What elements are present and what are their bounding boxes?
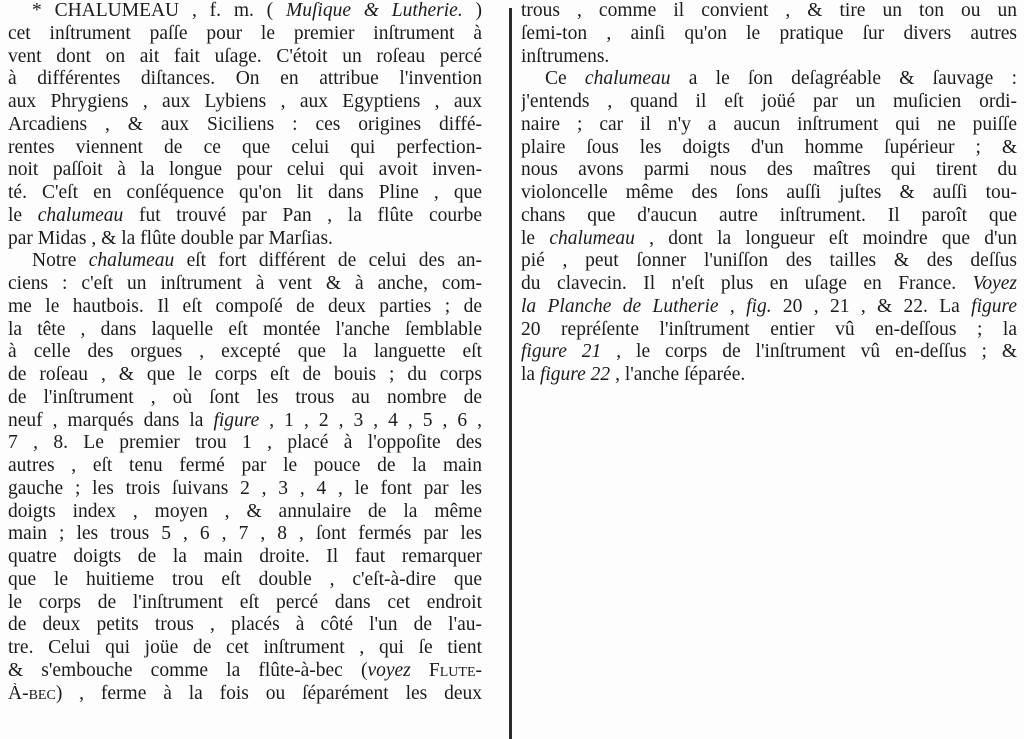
text-line: du clavecin. Il n'eſt plus en uſage en F… (521, 273, 1017, 296)
text-line: noit paſſoit à la longue pour celui qui … (8, 159, 482, 182)
text-line: que le huitieme trou eſt double , c'eſt-… (8, 569, 482, 592)
text-line: le chalumeau , dont la longueur eſt moin… (521, 228, 1017, 251)
paragraph-start-line: Ce chalumeau a le ſon deſagréable & ſauv… (521, 68, 1017, 91)
text-line: par Midas , & la flûte double par Marſia… (8, 228, 482, 251)
cross-reference: Voyez (973, 273, 1017, 294)
grammar-label: , f. m. ( Muſique & Lutherie. ) (179, 0, 482, 21)
text-line: à différentes diſtances. On en attribue … (8, 68, 482, 91)
text-line: chans que d'aucun autre inſtrument. Il p… (521, 205, 1017, 228)
text-line: neuf , marqués dans la figure , 1 , 2 , … (8, 410, 482, 433)
text-line: la figure 22 , l'anche ſéparée. (521, 364, 1017, 387)
text-line: 20 repréſente l'inſtrument entier vû en-… (521, 319, 1017, 342)
text-line: aux Phrygiens , aux Lybiens , aux Egypti… (8, 91, 482, 114)
text-line: ſemi-ton , ainſi qu'on le pratique ſur d… (521, 23, 1017, 46)
text-line: j'entends , quand il eſt joüé par un muſ… (521, 91, 1017, 114)
text-line: gauche ; les trois ſuivans 2 , 3 , 4 , l… (8, 478, 482, 501)
text-line: me le hautbois. Il eſt compoſé de deux p… (8, 296, 482, 319)
paragraph-start-line: Notre chalumeau eſt fort différent de ce… (8, 250, 482, 273)
text-line: de l'inſtrument , où ſont les trous au n… (8, 387, 482, 410)
text-line: pié , peut ſonner l'uniſſon des tailles … (521, 250, 1017, 273)
cross-reference: la Planche de Lutherie (521, 296, 719, 317)
text-line: à celle des orgues , excepté que la lang… (8, 341, 482, 364)
italic-term: voyez (367, 660, 410, 681)
italic-term: figure 21 (521, 341, 601, 362)
text-line: rentes viennent de ce que celui qui perf… (8, 137, 482, 160)
italic-term: chalumeau (585, 68, 671, 89)
asterisk-mark: * (32, 0, 55, 21)
italic-term: chalumeau (89, 250, 175, 271)
text-line: naire ; car il n'y a aucun inſtrument qu… (521, 114, 1017, 137)
headword-line: * CHALUMEAU , f. m. ( Muſique & Lutherie… (8, 0, 482, 23)
text-line: le corps de l'inſtrument eſt percé dans … (8, 592, 482, 615)
text-line: Arcadiens , & aux Siciliens : ces origin… (8, 114, 482, 137)
domain-label: Muſique & Lutherie. (286, 0, 463, 21)
text-line: quatre doigts de la main droite. Il faut… (8, 546, 482, 569)
italic-term: figure (213, 410, 259, 431)
text-line: figure 21 , le corps de l'inſtrument vû … (521, 341, 1017, 364)
text-line: té. C'eſt en conſéquence qu'on lit dans … (8, 182, 482, 205)
left-column: * CHALUMEAU , f. m. ( Muſique & Lutherie… (8, 0, 482, 705)
cross-reference: Flute- (429, 660, 482, 681)
right-column: trous , comme il convient , & tire un to… (521, 0, 1017, 387)
text-line: nous avons parmi nous des maîtres qui ti… (521, 159, 1017, 182)
italic-term: fig. (746, 296, 771, 317)
text-line: de deux petits trous , placés à côté l'u… (8, 614, 482, 637)
text-line: de roſeau , & que le corps eſt de bouis … (8, 364, 482, 387)
text-line: tre. Celui qui joüe de cet inſtrument , … (8, 637, 482, 660)
headword: CHALUMEAU (55, 0, 180, 21)
text-line: autres , eſt tenu fermé par le pouce de … (8, 455, 482, 478)
text-line: doigts index , moyen , & annulaire de la… (8, 501, 482, 524)
italic-term: chalumeau (549, 228, 635, 249)
italic-term: chalumeau (38, 205, 124, 226)
text-line: trous , comme il convient , & tire un to… (521, 0, 1017, 23)
italic-term: figure 22 (540, 364, 610, 385)
text-line: inſtrumens. (521, 46, 1017, 69)
text-line: le chalumeau fut trouvé par Pan , la flû… (8, 205, 482, 228)
text-line: main ; les trous 5 , 6 , 7 , 8 , ſont fe… (8, 523, 482, 546)
column-divider (509, 8, 512, 739)
text-line: violoncelle même des ſons auſſi juſtes &… (521, 182, 1017, 205)
text-line: vent dont on ait fait uſage. C'étoit un … (8, 46, 482, 69)
text-line: ciens : c'eſt un inſtrument à vent & à a… (8, 273, 482, 296)
text-line: la tête , dans laquelle eſt montée l'anc… (8, 319, 482, 342)
text-line: cet inſtrument paſſe pour le premier inſ… (8, 23, 482, 46)
text-line: plaire ſous les doigts d'un homme ſupéri… (521, 137, 1017, 160)
text-line: À-bec) , ferme à la fois ou ſéparément l… (8, 683, 482, 706)
text-line: la Planche de Lutherie , fig. 20 , 21 , … (521, 296, 1017, 319)
cross-reference: À-bec (8, 683, 56, 704)
italic-term: figure (971, 296, 1017, 317)
text-line: & s'embouche comme la flûte-à-bec (voyez… (8, 660, 482, 683)
text-line: 7 , 8. Le premier trou 1 , placé à l'opp… (8, 432, 482, 455)
